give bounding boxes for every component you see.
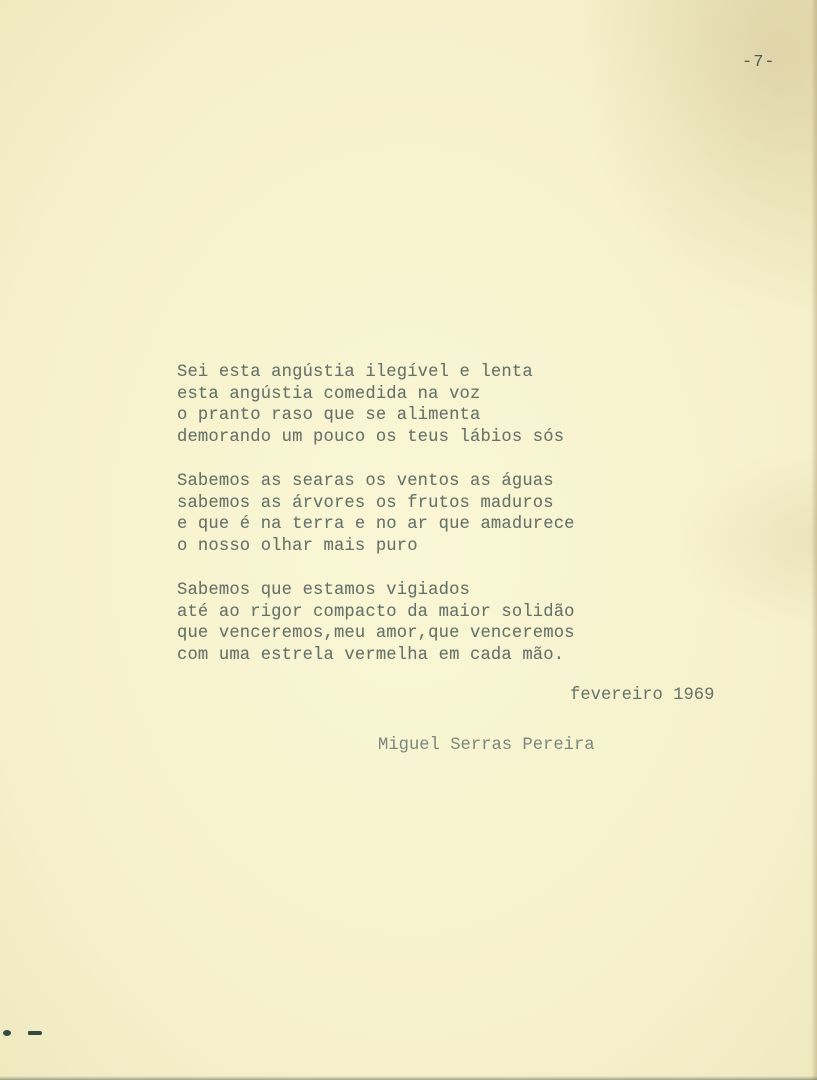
poem-line: Sei esta angústia ilegível e lenta [177, 362, 677, 384]
typewritten-page: -7- Sei esta angústia ilegível e lenta e… [0, 0, 817, 1080]
paper-edge-shadow [811, 0, 817, 1080]
author-signature: Miguel Serras Pereira [378, 736, 595, 755]
stanza-3: Sabemos que estamos vigiados até ao rigo… [177, 580, 677, 666]
ink-dash-mark [28, 1031, 42, 1035]
poem-date: fevereiro 1969 [570, 686, 714, 705]
poem-line: e que é na terra e no ar que amadurece [177, 514, 677, 536]
stanza-1: Sei esta angústia ilegível e lenta esta … [177, 362, 677, 448]
poem-line: Sabemos as searas os ventos as águas [177, 471, 677, 493]
poem-line: com uma estrela vermelha em cada mão. [177, 645, 677, 667]
ink-dot-mark [3, 1030, 11, 1036]
poem-line: Sabemos que estamos vigiados [177, 580, 677, 602]
poem-line: o nosso olhar mais puro [177, 536, 677, 558]
poem-line: o pranto raso que se alimenta [177, 405, 677, 427]
poem: Sei esta angústia ilegível e lenta esta … [177, 362, 677, 689]
paper-bottom-edge [0, 1076, 817, 1080]
poem-line: que venceremos,meu amor,que venceremos [177, 623, 677, 645]
poem-line: esta angústia comedida na voz [177, 384, 677, 406]
poem-line: demorando um pouco os teus lábios sós [177, 427, 677, 449]
poem-line: até ao rigor compacto da maior solidão [177, 602, 677, 624]
poem-line: sabemos as árvores os frutos maduros [177, 493, 677, 515]
stanza-2: Sabemos as searas os ventos as águas sab… [177, 471, 677, 557]
page-number: -7- [742, 53, 776, 72]
